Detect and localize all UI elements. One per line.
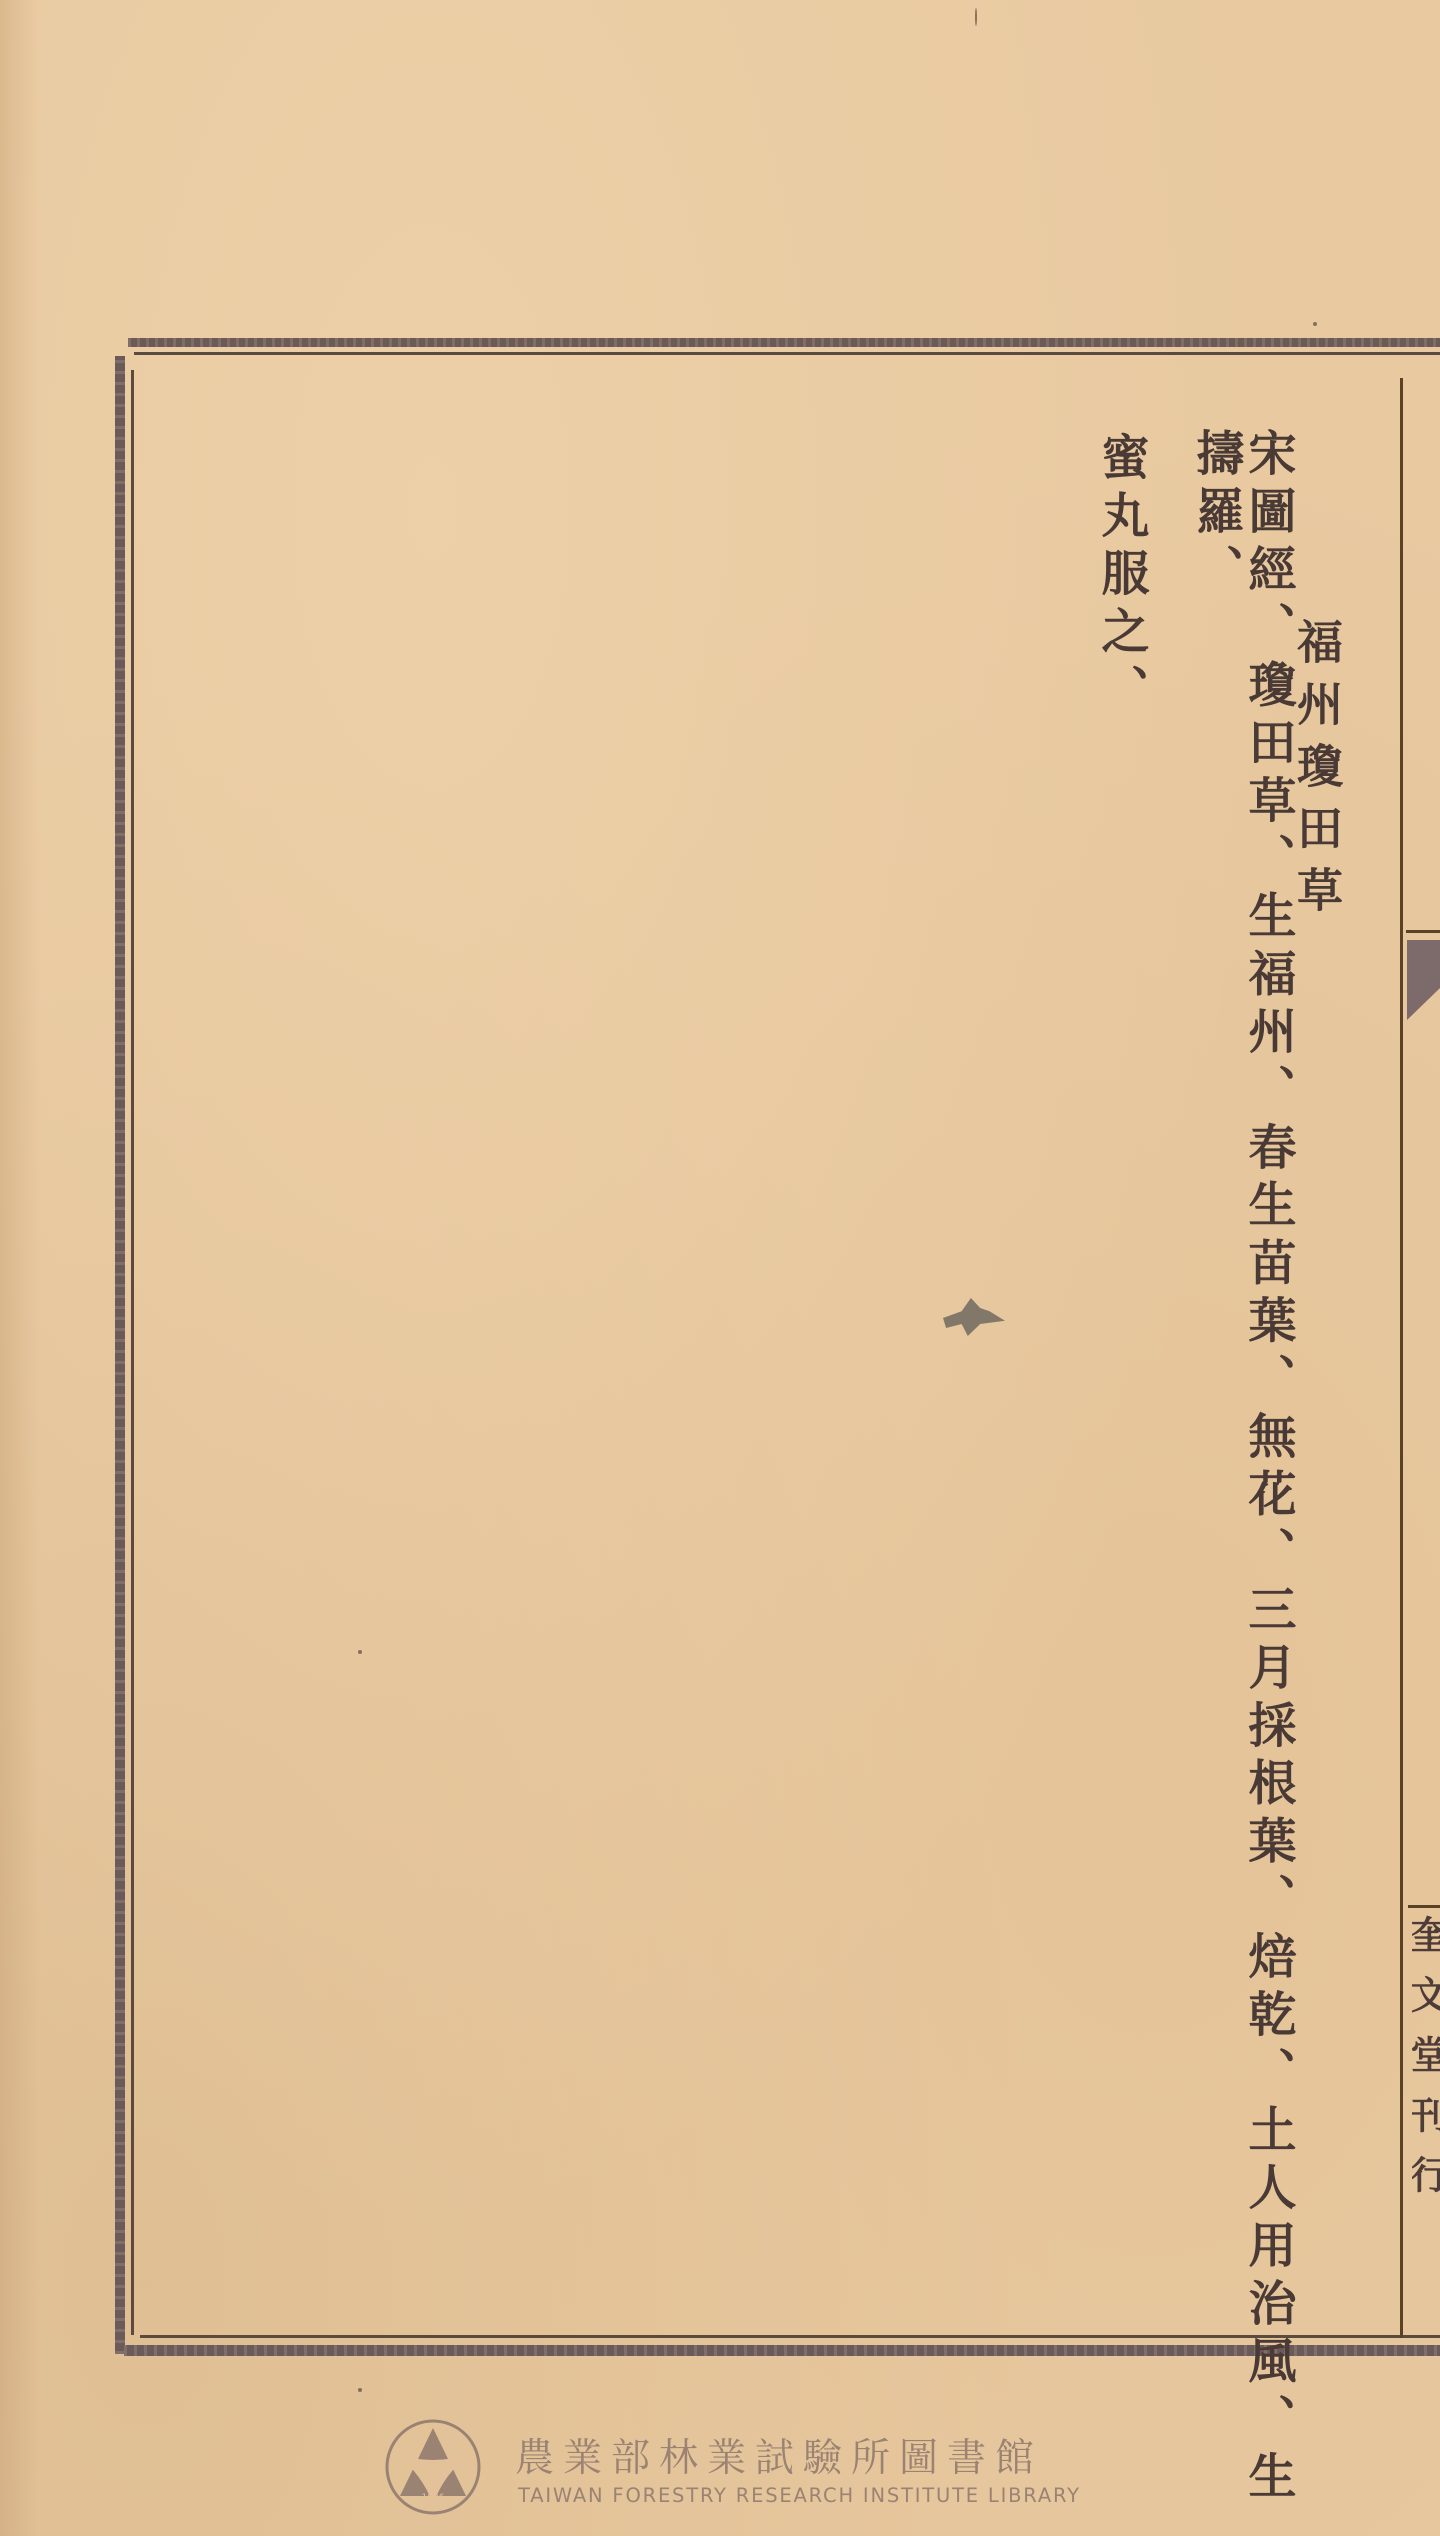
fishtail-mark-icon (1407, 940, 1440, 1020)
fold-edge-publisher-text: 奎文堂刊行 (1412, 1915, 1440, 2335)
paper-speck (975, 8, 977, 26)
page-edge-shadow (0, 0, 40, 2536)
body-text-line-2: 蜜丸服之、 (1095, 432, 1147, 722)
library-name-english: TAIWAN FORESTRY RESEARCH INSTITUTE LIBRA… (518, 2484, 1081, 2507)
fishtail-rule (1406, 930, 1440, 933)
paper-speck (358, 2388, 362, 2392)
ink-blot (943, 1296, 1005, 1336)
center-fold-line (1400, 378, 1403, 2338)
frame-top-border-thin (134, 352, 1440, 355)
paper-speck (1313, 322, 1317, 326)
logo-year: 1896 (422, 2493, 445, 2503)
body-text-line-1: 宋圖經、瓊田草、生福州、春生苗葉、無花、三月採根葉、焙乾、土人用治風、生擣羅、 (1190, 428, 1294, 2536)
institute-logo-icon: 1896 (378, 2412, 488, 2522)
edge-rule (1408, 1905, 1440, 1908)
frame-top-border-thick (128, 338, 1440, 347)
frame-left-border-thick (115, 356, 125, 2354)
library-name-chinese: 農業部林業試驗所圖書館 (515, 2427, 1043, 2483)
frame-left-border-thin (131, 370, 134, 2335)
paper-speck (358, 1650, 362, 1654)
entry-heading: 福州瓊田草 (1292, 618, 1342, 928)
